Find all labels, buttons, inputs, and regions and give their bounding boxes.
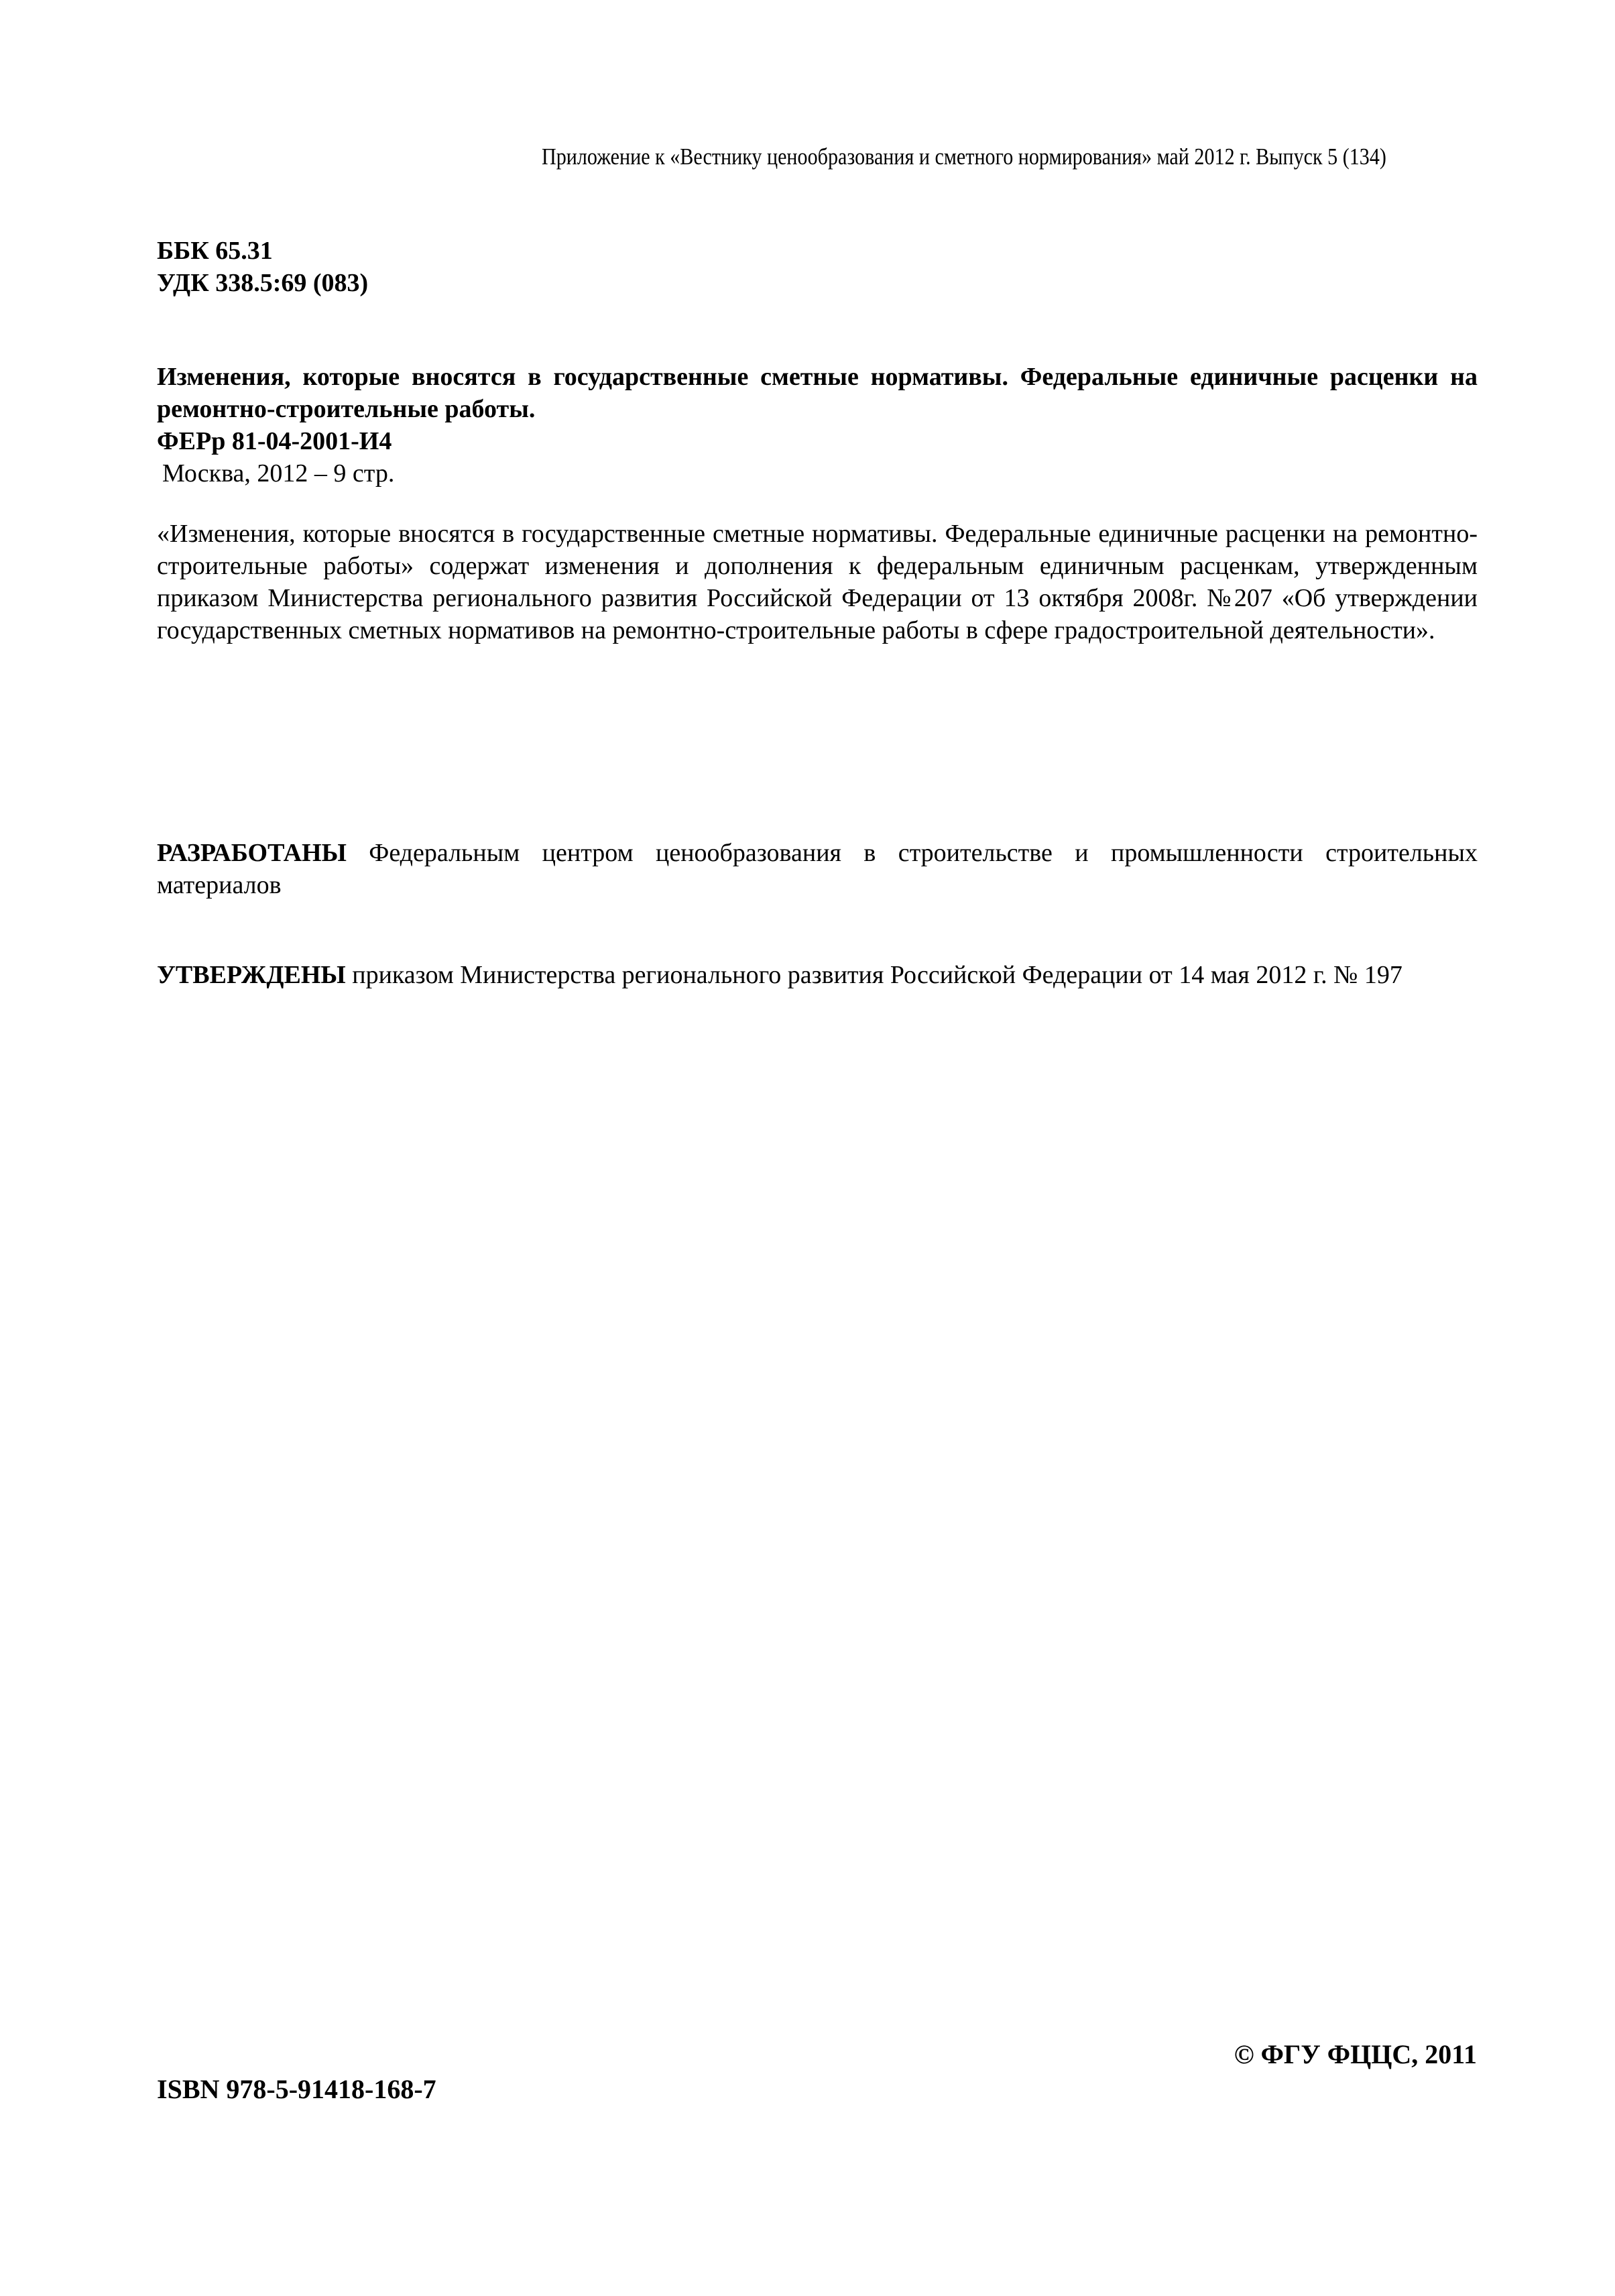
isbn-number: ISBN 978-5-91418-168-7 xyxy=(157,2073,436,2106)
developed-text: Федеральным центром ценообразования в ст… xyxy=(157,839,1478,899)
developed-by: РАЗРАБОТАНЫ Федеральным центром ценообра… xyxy=(157,837,1478,901)
document-title: Изменения, которые вносятся в государств… xyxy=(157,361,1478,425)
document-page: Приложение к «Вестнику ценообразования и… xyxy=(0,0,1615,2296)
approved-text: приказом Министерства регионального разв… xyxy=(346,961,1402,989)
copyright-notice: © ФГУ ФЦЦС, 2011 xyxy=(1234,2039,1477,2071)
document-code: ФЕРр 81-04-2001-И4 xyxy=(157,425,1478,457)
udk-code: УДК 338.5:69 (083) xyxy=(157,267,368,299)
abstract-paragraph: «Изменения, которые вносятся в государст… xyxy=(157,518,1478,646)
classification-block: ББК 65.31 УДК 338.5:69 (083) xyxy=(157,235,368,299)
approved-by: УТВЕРЖДЕНЫ приказом Министерства региона… xyxy=(157,959,1491,991)
publication-info: Москва, 2012 – 9 стр. xyxy=(157,457,1478,490)
header-note: Приложение к «Вестнику ценообразования и… xyxy=(542,142,1349,172)
title-block: Изменения, которые вносятся в государств… xyxy=(157,361,1478,490)
developed-label: РАЗРАБОТАНЫ xyxy=(157,839,347,867)
approved-label: УТВЕРЖДЕНЫ xyxy=(157,961,346,989)
bbk-code: ББК 65.31 xyxy=(157,235,368,267)
